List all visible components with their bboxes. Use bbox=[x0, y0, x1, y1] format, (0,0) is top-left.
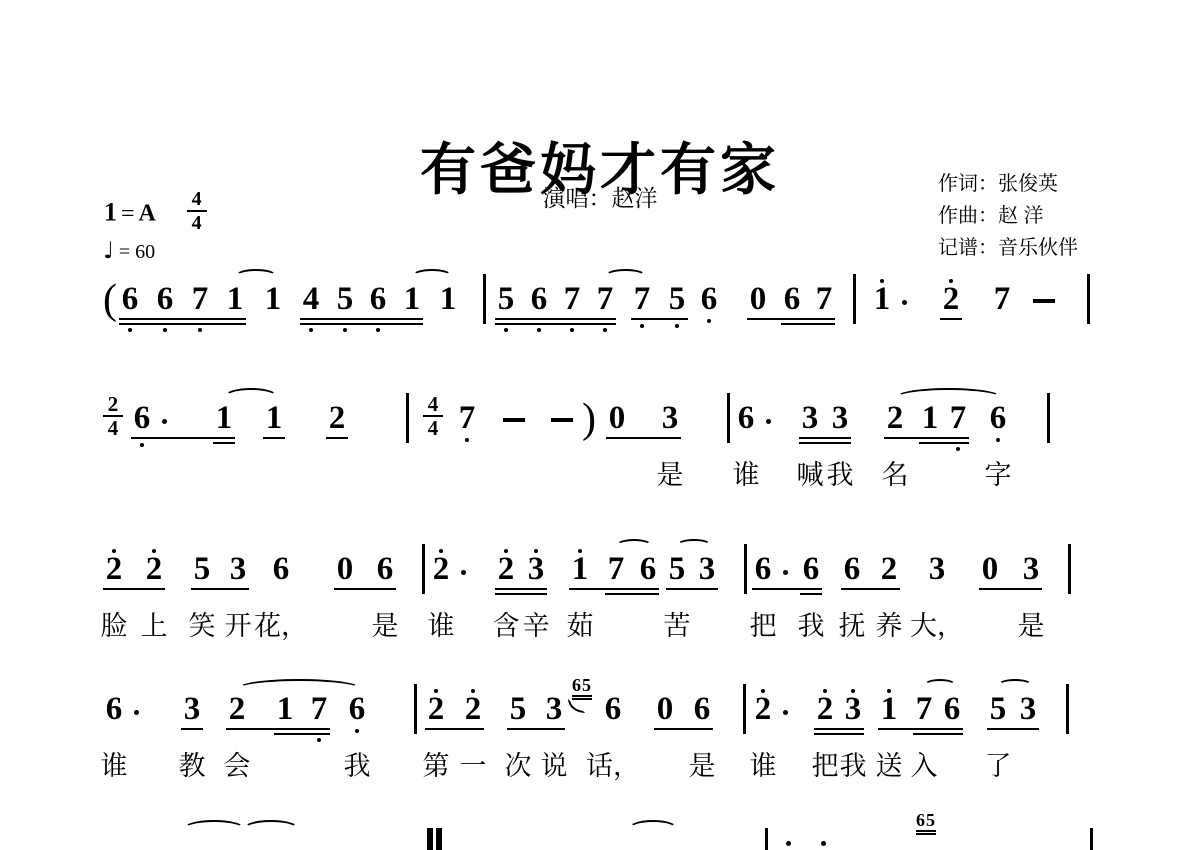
beam-line bbox=[495, 593, 547, 595]
note-number: 6 bbox=[752, 551, 774, 587]
beam-group: 76 bbox=[913, 691, 963, 727]
augmentation-dot bbox=[902, 300, 907, 305]
slur bbox=[243, 820, 299, 838]
note-number: 6 bbox=[987, 400, 1009, 436]
dash-note bbox=[551, 418, 573, 422]
beam-line bbox=[300, 318, 423, 320]
beam-group: 6671 bbox=[119, 281, 246, 317]
beam-line bbox=[747, 318, 835, 320]
note-number: 2 bbox=[940, 281, 962, 317]
note: 6 bbox=[270, 551, 292, 587]
barline bbox=[1090, 828, 1093, 850]
beam-line bbox=[326, 437, 348, 439]
note: 2 bbox=[326, 400, 348, 436]
beam-line bbox=[799, 442, 851, 444]
beam-line bbox=[878, 728, 963, 730]
grace-note-numbers: 65 bbox=[572, 676, 592, 700]
lyric: 笑 bbox=[189, 604, 216, 643]
slur bbox=[616, 539, 652, 552]
note: 5 bbox=[334, 281, 356, 317]
sheet-music-page: 有爸妈才有家 演唱：赵洋 作词：张俊英 作曲：赵 洋 记谱：音乐伙伴 1=A 4… bbox=[0, 0, 1200, 850]
beam-line bbox=[987, 728, 1039, 730]
octave-dot-high bbox=[851, 689, 855, 693]
beam-line bbox=[913, 733, 963, 735]
lyric: 谁 bbox=[101, 744, 128, 783]
note-number: 2 bbox=[226, 691, 248, 727]
note: 7 bbox=[991, 281, 1013, 317]
note-number: 1 bbox=[569, 551, 591, 587]
note: 0 bbox=[979, 551, 1001, 587]
beam-group: 4561 bbox=[300, 281, 423, 317]
barline bbox=[1087, 274, 1090, 324]
barline bbox=[414, 684, 417, 734]
note-number: 3 bbox=[829, 400, 851, 436]
beam-group: 2 bbox=[940, 281, 962, 317]
note-number: 5 bbox=[334, 281, 356, 317]
note-number: 1 bbox=[263, 400, 285, 436]
barline bbox=[422, 544, 425, 594]
barline bbox=[427, 828, 433, 850]
note: 7 bbox=[456, 400, 478, 436]
note: 7 bbox=[189, 281, 211, 317]
lyric: 含 bbox=[493, 604, 520, 643]
slur bbox=[628, 820, 678, 838]
note: 1 bbox=[401, 281, 423, 317]
lyric: 开 bbox=[225, 604, 252, 643]
lyric: 字 bbox=[985, 453, 1012, 492]
slur bbox=[183, 820, 245, 838]
beam-line bbox=[752, 588, 822, 590]
beam-line bbox=[425, 728, 484, 730]
score-line-partial: 65 bbox=[0, 808, 1200, 850]
beam-line bbox=[814, 733, 864, 735]
note-number: 2 bbox=[430, 551, 452, 587]
note-number: 2 bbox=[752, 691, 774, 727]
note-number: 1 bbox=[224, 281, 246, 317]
note-number: 5 bbox=[666, 551, 688, 587]
lyric: 是 bbox=[372, 604, 399, 643]
lyric: 花， bbox=[254, 604, 308, 643]
beam-line bbox=[226, 728, 330, 730]
note-number: 6 bbox=[841, 551, 863, 587]
score-line: 2253606223176536662303脸上笑开花，是谁含辛茹苦把我抚养大，… bbox=[103, 551, 1071, 595]
beam-group: 176 bbox=[569, 551, 659, 587]
lyric: 我 bbox=[344, 744, 371, 783]
note-number: 7 bbox=[913, 691, 935, 727]
slur bbox=[235, 269, 277, 284]
octave-dot-low bbox=[640, 324, 644, 328]
close-parenthesis: ) bbox=[582, 400, 596, 438]
note-number: 2 bbox=[495, 551, 517, 587]
time-denominator: 4 bbox=[108, 418, 119, 438]
beam-group: 53 bbox=[987, 691, 1039, 727]
beam-line bbox=[263, 437, 285, 439]
note: 2 bbox=[103, 551, 125, 587]
lyric: 第 bbox=[423, 744, 450, 783]
note-number: 1 bbox=[871, 281, 893, 317]
note: 1 bbox=[569, 551, 591, 587]
dash-note bbox=[1033, 299, 1055, 303]
note: 6 bbox=[781, 281, 803, 317]
note: 6 bbox=[752, 551, 788, 587]
barline bbox=[1068, 544, 1071, 594]
beam-group: 23 bbox=[814, 691, 864, 727]
octave-dot-low bbox=[675, 324, 679, 328]
meter-fraction: 4 4 bbox=[187, 190, 207, 232]
beam-line bbox=[213, 442, 235, 444]
score-line: 63217622536560622317653谁教会我第一次说话，是谁把我送入了 bbox=[103, 691, 1069, 735]
beam-group: 61 bbox=[131, 400, 235, 436]
beam-line bbox=[631, 318, 688, 320]
beam-group: 176 bbox=[878, 691, 963, 727]
note: 2 bbox=[462, 691, 484, 727]
note-number: 6 bbox=[103, 691, 125, 727]
note: 6 bbox=[941, 691, 963, 727]
beam-line bbox=[919, 442, 969, 444]
note: 5 bbox=[495, 281, 517, 317]
note: 6 bbox=[131, 400, 167, 436]
barline bbox=[1066, 684, 1069, 734]
beam-group: 67 bbox=[781, 281, 835, 317]
barline bbox=[436, 828, 442, 850]
octave-dot-high bbox=[823, 689, 827, 693]
note: 6 bbox=[698, 281, 720, 317]
note-number: 5 bbox=[495, 281, 517, 317]
note: 1 bbox=[878, 691, 900, 727]
note-number: 3 bbox=[1020, 551, 1042, 587]
beam-group: 33 bbox=[799, 400, 851, 436]
time-numerator: 4 bbox=[428, 394, 439, 414]
note-number: 1 bbox=[262, 281, 284, 317]
lyric: 会 bbox=[224, 744, 251, 783]
beam-line bbox=[119, 323, 246, 325]
lyric: 说 bbox=[541, 744, 568, 783]
octave-dot-high bbox=[471, 689, 475, 693]
note-number: 6 bbox=[154, 281, 176, 317]
barline bbox=[744, 544, 747, 594]
lyric: 大， bbox=[910, 604, 964, 643]
key-tonic-number: 1 bbox=[104, 198, 117, 227]
beam-line bbox=[799, 437, 851, 439]
note: 1 bbox=[263, 400, 285, 436]
octave-dot-low bbox=[956, 447, 960, 451]
tempo-marking: ♩ = 60 bbox=[103, 238, 155, 264]
beam-group: 23 bbox=[495, 551, 547, 587]
note-number: 5 bbox=[666, 281, 688, 317]
lyric: 谁 bbox=[733, 453, 760, 492]
beam-group: 53 bbox=[507, 691, 565, 727]
beam-group: 03 bbox=[979, 551, 1042, 587]
note-number: 5 bbox=[987, 691, 1009, 727]
beam-line bbox=[884, 437, 969, 439]
beam-line bbox=[119, 318, 246, 320]
note-number: 0 bbox=[654, 691, 676, 727]
note-number: 7 bbox=[813, 281, 835, 317]
beam-group: 1 bbox=[213, 400, 235, 436]
note: 5 bbox=[191, 551, 213, 587]
note-number: 6 bbox=[691, 691, 713, 727]
time-signature: 24 bbox=[103, 394, 123, 438]
octave-dot-low bbox=[343, 328, 347, 332]
beam-line bbox=[181, 728, 203, 730]
lyric: 次 bbox=[505, 744, 532, 783]
beam-group: 06 bbox=[334, 551, 396, 587]
meter-numerator: 4 bbox=[187, 190, 207, 208]
beam-group: 6 bbox=[800, 551, 822, 587]
lyric: 谁 bbox=[750, 744, 777, 783]
lyric: 教 bbox=[179, 744, 206, 783]
beam-group: 53 bbox=[191, 551, 249, 587]
note-number: 6 bbox=[941, 691, 963, 727]
octave-dot-high bbox=[534, 549, 538, 553]
note-number: 0 bbox=[747, 281, 769, 317]
note: 3 bbox=[696, 551, 718, 587]
octave-dot-low bbox=[355, 729, 359, 733]
augmentation-dot bbox=[783, 570, 788, 575]
transcriber-credit: 记谱：音乐伙伴 bbox=[938, 232, 1078, 264]
note: 3 bbox=[799, 400, 821, 436]
note: 0 bbox=[334, 551, 356, 587]
note-number: 0 bbox=[979, 551, 1001, 587]
note: 1 bbox=[213, 400, 235, 436]
octave-dot-low bbox=[376, 328, 380, 332]
lyric: 送 bbox=[876, 744, 903, 783]
note-number: 1 bbox=[401, 281, 423, 317]
lyric: 茹 bbox=[567, 604, 594, 643]
octave-dot-high bbox=[112, 549, 116, 553]
lyric: 苦 bbox=[664, 604, 691, 643]
note-number: 3 bbox=[842, 691, 864, 727]
dash-note bbox=[503, 418, 525, 422]
note: 3 bbox=[227, 551, 249, 587]
beam-group: 3 bbox=[181, 691, 203, 727]
note: 6 bbox=[346, 691, 368, 727]
lyric: 是 bbox=[1018, 604, 1045, 643]
note: 2 bbox=[878, 551, 900, 587]
lyric: 一 bbox=[460, 744, 487, 783]
note-number: 6 bbox=[270, 551, 292, 587]
note: 3 bbox=[842, 691, 864, 727]
note: 3 bbox=[926, 551, 948, 587]
note: 4 bbox=[300, 281, 322, 317]
note: 6 bbox=[119, 281, 141, 317]
note: 2 bbox=[752, 691, 788, 727]
beam-line bbox=[495, 318, 616, 320]
note: 7 bbox=[605, 551, 627, 587]
note-number: 6 bbox=[131, 400, 153, 436]
note-number: 6 bbox=[374, 551, 396, 587]
beam-group: 067 bbox=[747, 281, 835, 317]
beam-line bbox=[495, 323, 616, 325]
note-number: 3 bbox=[696, 551, 718, 587]
note-number: 1 bbox=[437, 281, 459, 317]
note-number: 0 bbox=[606, 400, 628, 436]
note-number: 6 bbox=[637, 551, 659, 587]
final-barline bbox=[427, 828, 442, 850]
note-number: 6 bbox=[781, 281, 803, 317]
beam-line bbox=[191, 588, 249, 590]
augmentation-dot bbox=[134, 710, 139, 715]
beam-line bbox=[979, 588, 1042, 590]
barline bbox=[743, 684, 746, 734]
beam-line bbox=[274, 733, 330, 735]
lyric: 名 bbox=[882, 453, 909, 492]
octave-dot-low bbox=[603, 328, 607, 332]
slur bbox=[412, 269, 452, 283]
octave-dot-low bbox=[140, 443, 144, 447]
note-number: 7 bbox=[561, 281, 583, 317]
octave-dot-high bbox=[152, 549, 156, 553]
note: 7 bbox=[813, 281, 835, 317]
note: 2 bbox=[940, 281, 962, 317]
note: 5 bbox=[987, 691, 1009, 727]
augmentation-dot bbox=[783, 710, 788, 715]
octave-dot-low bbox=[317, 738, 321, 742]
lyric: 养 bbox=[876, 604, 903, 643]
note: 7 bbox=[913, 691, 935, 727]
lyricist-credit: 作词：张俊英 bbox=[938, 168, 1078, 200]
octave-dot-low bbox=[309, 328, 313, 332]
lyric: 脸 bbox=[101, 604, 128, 643]
beam-line bbox=[507, 728, 565, 730]
note: 7 bbox=[594, 281, 616, 317]
note: 6 bbox=[374, 551, 396, 587]
beam-group: 06 bbox=[654, 691, 713, 727]
octave-dot-high bbox=[761, 689, 765, 693]
meter-denominator: 4 bbox=[187, 214, 207, 232]
octave-dot-high bbox=[578, 549, 582, 553]
note-number: 3 bbox=[1017, 691, 1039, 727]
octave-dot-high bbox=[434, 689, 438, 693]
credits-block: 作词：张俊英 作曲：赵 洋 记谱：音乐伙伴 bbox=[938, 168, 1078, 264]
octave-dot-high bbox=[786, 841, 791, 846]
beam-group: 5677 bbox=[495, 281, 616, 317]
slur bbox=[895, 388, 1002, 407]
lyric: 辛 bbox=[523, 604, 550, 643]
quarter-note-icon: ♩ bbox=[103, 238, 114, 264]
note-number: 2 bbox=[878, 551, 900, 587]
note-number: 3 bbox=[181, 691, 203, 727]
barline bbox=[1047, 393, 1050, 443]
slur bbox=[998, 679, 1032, 691]
note-number: 3 bbox=[543, 691, 565, 727]
beam-line bbox=[666, 588, 718, 590]
note: 2 bbox=[884, 400, 906, 436]
barline bbox=[765, 828, 768, 850]
note-number: 6 bbox=[602, 691, 624, 727]
note-number: 1 bbox=[213, 400, 235, 436]
beam-line bbox=[940, 318, 962, 320]
beam-line bbox=[605, 593, 659, 595]
note: 6 bbox=[637, 551, 659, 587]
note-number: 2 bbox=[814, 691, 836, 727]
beam-group: 62 bbox=[841, 551, 900, 587]
note: 5 bbox=[507, 691, 529, 727]
note: 7 bbox=[561, 281, 583, 317]
note-number: 6 bbox=[698, 281, 720, 317]
time-numerator: 2 bbox=[108, 394, 119, 414]
note-number: 6 bbox=[119, 281, 141, 317]
note: 6 bbox=[367, 281, 389, 317]
note-number: 2 bbox=[462, 691, 484, 727]
beam-line bbox=[495, 588, 547, 590]
grace-note: 65 bbox=[916, 811, 936, 835]
note: 2 bbox=[430, 551, 466, 587]
note-number: 1 bbox=[878, 691, 900, 727]
lyric: 是 bbox=[657, 453, 684, 492]
note-number: 0 bbox=[334, 551, 356, 587]
note-number: 7 bbox=[991, 281, 1013, 317]
note: 0 bbox=[606, 400, 628, 436]
barline bbox=[483, 274, 486, 324]
augmentation-dot bbox=[766, 419, 771, 424]
octave-dot-low bbox=[198, 328, 202, 332]
note-number: 4 bbox=[300, 281, 322, 317]
lyric: 话， bbox=[586, 744, 640, 783]
octave-dot-high bbox=[949, 279, 953, 283]
octave-dot-low bbox=[570, 328, 574, 332]
equals-sign: = bbox=[119, 241, 130, 263]
open-parenthesis: ( bbox=[103, 281, 117, 319]
beam-group: 22 bbox=[103, 551, 165, 587]
note: 6 bbox=[103, 691, 139, 727]
note-number: 6 bbox=[367, 281, 389, 317]
note-number: 3 bbox=[659, 400, 681, 436]
octave-dot-low bbox=[996, 438, 1000, 442]
beam-group: 75 bbox=[631, 281, 688, 317]
note: 6 bbox=[528, 281, 550, 317]
time-signature: 44 bbox=[423, 394, 443, 438]
equals-sign: = bbox=[117, 201, 139, 227]
note: 1 bbox=[437, 281, 459, 317]
note-number: 5 bbox=[191, 551, 213, 587]
note-number: 6 bbox=[735, 400, 757, 436]
note-number: 5 bbox=[507, 691, 529, 727]
grace-note: 65 bbox=[570, 691, 600, 727]
beam-line bbox=[569, 588, 659, 590]
note: 6 bbox=[841, 551, 863, 587]
note: 2 bbox=[226, 691, 248, 727]
tempo-bpm: 60 bbox=[135, 241, 155, 263]
note: 2 bbox=[814, 691, 836, 727]
score-line: 246112447)036332176是谁喊我名字 bbox=[103, 400, 1050, 444]
note-number: 7 bbox=[189, 281, 211, 317]
beam-line bbox=[781, 323, 835, 325]
note-number: 7 bbox=[456, 400, 478, 436]
beam-line bbox=[103, 588, 165, 590]
note: 1 bbox=[262, 281, 284, 317]
note-number: 3 bbox=[799, 400, 821, 436]
slur bbox=[224, 388, 278, 406]
note: 6 bbox=[735, 400, 771, 436]
key-name: A bbox=[139, 201, 155, 227]
note-number: 2 bbox=[326, 400, 348, 436]
octave-dot-high bbox=[821, 841, 826, 846]
octave-dot-high bbox=[887, 689, 891, 693]
lyric: 把 bbox=[750, 604, 777, 643]
note: 3 bbox=[525, 551, 547, 587]
beam-line bbox=[334, 588, 396, 590]
barline bbox=[406, 393, 409, 443]
beam-group: 53 bbox=[666, 551, 718, 587]
note: 6 bbox=[602, 691, 624, 727]
note-number: 2 bbox=[884, 400, 906, 436]
note-number: 6 bbox=[528, 281, 550, 317]
note-number: 7 bbox=[631, 281, 653, 317]
note: 3 bbox=[659, 400, 681, 436]
beam-line bbox=[606, 437, 681, 439]
lyric: 把 bbox=[812, 744, 839, 783]
